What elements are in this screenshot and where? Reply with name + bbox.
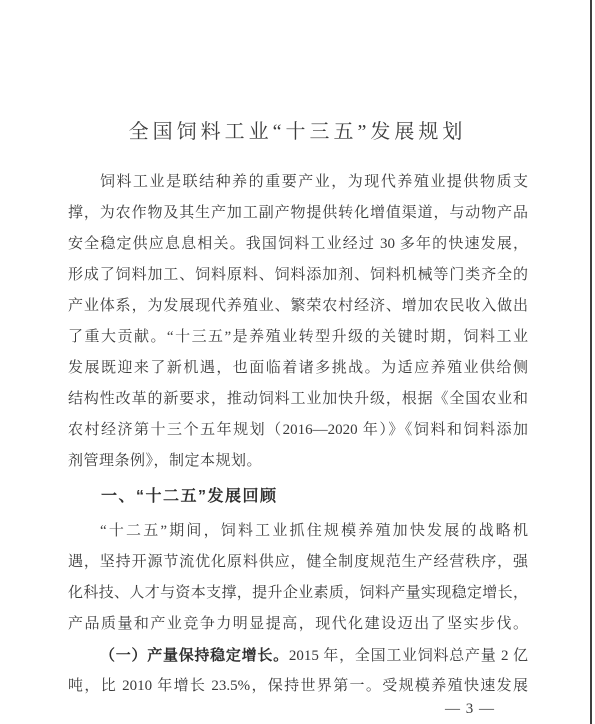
text-line: 发展既迎来了新机遇，也面临着诸多挑战。为适应养殖业供给侧 <box>68 353 528 384</box>
section-heading: 一、“十二五”发展回顾 <box>68 481 528 512</box>
paragraph: 饲料工业是联结种养的重要产业，为现代养殖业提供物质支撑，为农作物及其生产加工副产… <box>68 167 528 477</box>
text-run: 产品质量和产业竞争力明显提高，现代化建设迈出了坚实步伐。 <box>68 616 528 632</box>
text-line: （一）产量保持稳定增长。2015 年，全国工业饲料总产量 2 亿 <box>68 640 528 671</box>
text-run: 吨，比 2010 年增长 23.5%，保持世界第一。受规模养殖快速发展 <box>68 678 528 694</box>
scan-edge-line <box>590 0 592 724</box>
text-line: 结构性改革的新要求，推动饲料工业加快升级，根据《全国农业和 <box>68 384 528 415</box>
text-run: 化科技、人才与资本支撑，提升企业素质，饲料产量实现稳定增长， <box>68 585 528 601</box>
text-line: 饲料工业是联结种养的重要产业，为现代养殖业提供物质支 <box>68 167 528 198</box>
text-run: 2015 年，全国工业饲料总产量 2 亿 <box>289 648 528 664</box>
text-line: 农村经济第十三个五年规划（2016—2020 年）》《饲料和饲料添加 <box>68 415 528 446</box>
bold-run: （一）产量保持稳定增长。 <box>100 647 289 664</box>
text-line: 化科技、人才与资本支撑，提升企业素质，饲料产量实现稳定增长， <box>68 578 528 609</box>
page-title: 全国饲料工业“十三五”发展规划 <box>0 115 595 144</box>
text-line: 剂管理条例》，制定本规划。 <box>68 446 528 477</box>
text-line: 形成了饲料加工、饲料原料、饲料添加剂、饲料机械等门类齐全的 <box>68 260 528 291</box>
text-run: 剂管理条例》，制定本规划。 <box>68 453 262 469</box>
page-number: — 3 — <box>445 701 495 718</box>
document-body: 饲料工业是联结种养的重要产业，为现代养殖业提供物质支撑，为农作物及其生产加工副产… <box>68 167 528 702</box>
text-run: 安全稳定供应息息相关。我国饲料工业经过 30 多年的快速发展， <box>68 236 528 252</box>
text-run: 发展既迎来了新机遇，也面临着诸多挑战。为适应养殖业供给侧 <box>68 360 528 376</box>
text-run: 了重大贡献。“十三五”是养殖业转型升级的关键时期，饲料工业 <box>68 329 528 345</box>
text-run: 饲料工业是联结种养的重要产业，为现代养殖业提供物质支 <box>100 174 528 190</box>
text-line: 安全稳定供应息息相关。我国饲料工业经过 30 多年的快速发展， <box>68 229 528 260</box>
document-page: 全国饲料工业“十三五”发展规划 饲料工业是联结种养的重要产业，为现代养殖业提供物… <box>0 0 595 724</box>
text-run: 形成了饲料加工、饲料原料、饲料添加剂、饲料机械等门类齐全的 <box>68 267 528 283</box>
text-line: 产业体系，为发展现代养殖业、繁荣农村经济、增加农民收入做出 <box>68 291 528 322</box>
text-line: 遇，坚持开源节流优化原料供应，健全制度规范生产经营秩序，强 <box>68 547 528 578</box>
paragraph: （一）产量保持稳定增长。2015 年，全国工业饲料总产量 2 亿吨，比 2010… <box>68 640 528 702</box>
text-line: 吨，比 2010 年增长 23.5%，保持世界第一。受规模养殖快速发展 <box>68 671 528 702</box>
paragraph: “十二五”期间，饲料工业抓住规模养殖加快发展的战略机遇，坚持开源节流优化原料供应… <box>68 516 528 640</box>
text-line: 撑，为农作物及其生产加工副产物提供转化增值渠道，与动物产品 <box>68 198 528 229</box>
text-run: “十二五”期间，饲料工业抓住规模养殖加快发展的战略机 <box>100 523 528 539</box>
text-line: 产品质量和产业竞争力明显提高，现代化建设迈出了坚实步伐。 <box>68 609 528 640</box>
text-run: 产业体系，为发展现代养殖业、繁荣农村经济、增加农民收入做出 <box>68 298 528 314</box>
text-run: 结构性改革的新要求，推动饲料工业加快升级，根据《全国农业和 <box>68 391 528 407</box>
text-line: “十二五”期间，饲料工业抓住规模养殖加快发展的战略机 <box>68 516 528 547</box>
text-line: 了重大贡献。“十三五”是养殖业转型升级的关键时期，饲料工业 <box>68 322 528 353</box>
text-run: 撑，为农作物及其生产加工副产物提供转化增值渠道，与动物产品 <box>68 205 528 221</box>
text-run: 农村经济第十三个五年规划（2016—2020 年）》《饲料和饲料添加 <box>68 422 528 438</box>
text-run: 遇，坚持开源节流优化原料供应，健全制度规范生产经营秩序，强 <box>68 554 528 570</box>
